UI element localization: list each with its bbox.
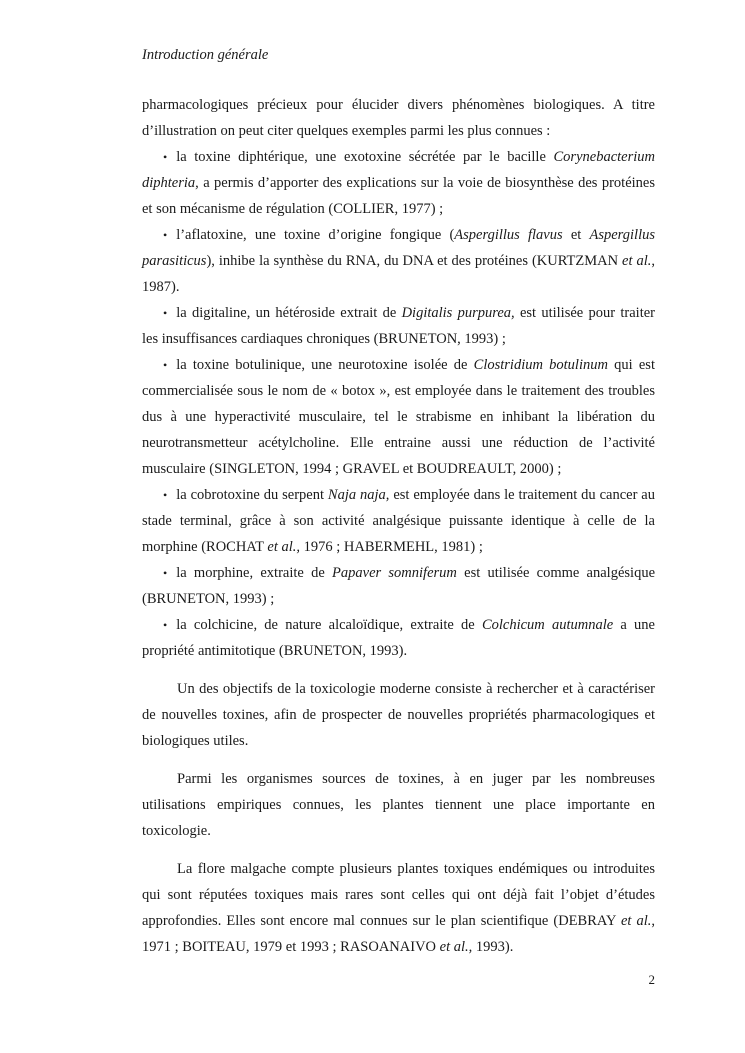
bullet-item: •l’aflatoxine, une toxine d’origine fong… <box>142 222 655 300</box>
bullet-item: •la morphine, extraite de Papaver somnif… <box>142 560 655 612</box>
bullet-item: •la cobrotoxine du serpent Naja naja, es… <box>142 482 655 560</box>
document-page: Introduction générale pharmacologiques p… <box>0 0 745 1053</box>
bullet-text: la colchicine, de nature alcaloïdique, e… <box>142 617 655 659</box>
bullet-icon: • <box>163 566 167 580</box>
bullet-icon: • <box>163 618 167 632</box>
bullet-item: •la digitaline, un hétéroside extrait de… <box>142 300 655 352</box>
bullet-icon: • <box>163 488 167 502</box>
bullet-icon: • <box>163 306 167 320</box>
paragraph: Parmi les organismes sources de toxines,… <box>142 766 655 844</box>
bullet-icon: • <box>163 150 167 164</box>
bullet-item: •la colchicine, de nature alcaloïdique, … <box>142 612 655 664</box>
bullet-item: •la toxine botulinique, une neurotoxine … <box>142 352 655 482</box>
paragraph: Un des objectifs de la toxicologie moder… <box>142 676 655 754</box>
bullet-text: la morphine, extraite de Papaver somnife… <box>142 565 655 607</box>
bullet-icon: • <box>163 228 167 242</box>
bullet-text: la digitaline, un hétéroside extrait de … <box>142 305 655 347</box>
bullet-text: la toxine diphtérique, une exotoxine séc… <box>142 149 655 217</box>
bullet-text: la cobrotoxine du serpent Naja naja, est… <box>142 487 655 555</box>
running-header: Introduction générale <box>142 46 655 64</box>
page-content: Introduction générale pharmacologiques p… <box>142 46 655 960</box>
page-number: 2 <box>142 972 655 988</box>
bullet-text: l’aflatoxine, une toxine d’origine fongi… <box>142 227 655 295</box>
bullet-icon: • <box>163 358 167 372</box>
bullet-text: la toxine botulinique, une neurotoxine i… <box>142 357 655 477</box>
bullet-item: •la toxine diphtérique, une exotoxine sé… <box>142 144 655 222</box>
paragraph: La flore malgache compte plusieurs plant… <box>142 856 655 960</box>
paragraph-intro: pharmacologiques précieux pour élucider … <box>142 92 655 144</box>
